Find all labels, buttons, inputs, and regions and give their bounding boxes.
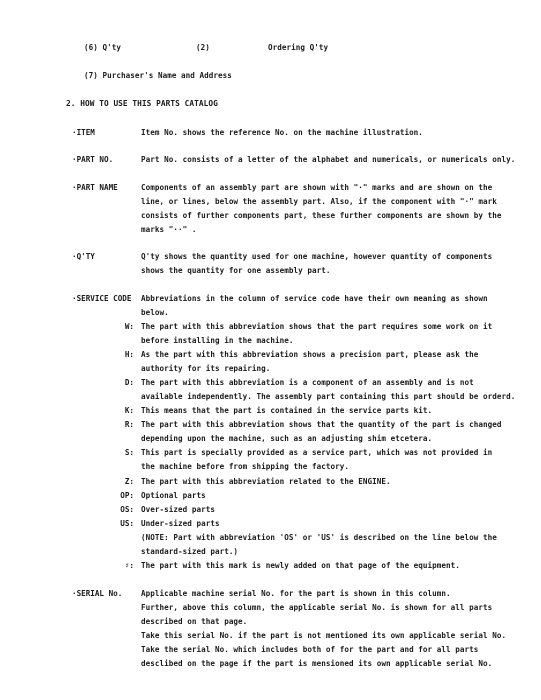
serial-no-desc-line: described on that page. [141,617,247,627]
service-code-us-desc: Under-sized parts [141,519,220,529]
service-code-w-desc: The part with this abbreviation shows th… [141,322,492,332]
serial-no-desc-line: desclibed on the page if the part is men… [141,659,492,669]
service-code-k-desc: This means that the part is contained in… [141,406,432,416]
order-item-6-label: (6) Q'ty [84,43,121,53]
service-code-r: R: [100,420,134,430]
service-code-us-note: standard-sized part.) [141,547,238,557]
catalog-page: (6) Q'ty (2) Ordering Q'ty (7) Purchaser… [0,0,541,700]
order-item-7-label: (7) Purchaser's Name and Address [84,71,232,81]
service-code-op: OP: [100,491,134,501]
service-code-z: Z: [100,477,134,487]
service-code-s-desc: the machine before from shipping the fac… [141,462,349,472]
order-item-6-desc: Ordering Q'ty [268,43,328,53]
serial-no-desc-line: Further, above this column, the applicab… [141,603,492,613]
qty-desc-line: Q'ty shows the quantity used for one mac… [141,252,492,262]
part-no-desc-line: Part No. consists of a letter of the alp… [141,155,515,165]
service-code-h-desc: authority for its repairing. [141,364,270,374]
term-part-name: ·PART NAME [72,183,118,193]
term-item: ·ITEM [72,128,95,138]
service-code-k: K: [100,406,134,416]
service-code-new-mark-desc: The part with this mark is newly added o… [141,561,460,571]
service-code-os: OS: [100,505,134,515]
service-code-d-desc: The part with this abbreviation is a com… [141,378,474,388]
service-code-desc-line: below. [141,308,169,318]
service-code-h-desc: As the part with this abbreviation shows… [141,350,478,360]
part-name-desc-line: consists of further components part, the… [141,211,502,221]
serial-no-desc-line: Take the serial No. which includes both … [141,645,478,655]
service-code-us-note: (NOTE: Part with abbreviation 'OS' or 'U… [141,533,497,543]
part-name-desc-line: Components of an assembly part are shown… [141,183,492,193]
serial-no-desc-line: Take this serial No. if the part is not … [141,631,506,641]
service-code-s-desc: This part is specially provided as a ser… [141,448,492,458]
term-part-no: ·PART NO. [72,155,113,165]
part-name-desc-line: marks "··" . [141,225,196,235]
service-code-r-desc: depending upon the machine, such as an a… [141,434,432,444]
service-code-us: US: [100,519,134,529]
item-desc-line: Item No. shows the reference No. on the … [141,128,423,138]
serial-no-desc-line: Applicable machine serial No. for the pa… [141,589,451,599]
service-code-os-desc: Over-sized parts [141,505,215,515]
part-name-desc-line: line, or lines, below the assembly part.… [141,197,497,207]
service-code-r-desc: The part with this abbreviation shows th… [141,420,502,430]
service-code-desc-line: Abbreviations in the column of service c… [141,294,488,304]
section-heading: 2. HOW TO USE THIS PARTS CATALOG [66,99,218,109]
qty-desc-line: shows the quantity for one assembly part… [141,266,331,276]
term-qty: ·Q'TY [72,252,95,262]
service-code-w-desc: before installing in the machine. [141,336,294,346]
service-code-w: W: [100,322,134,332]
service-code-s: S: [100,448,134,458]
service-code-new-mark: ♯: [100,561,134,571]
service-code-op-desc: Optional parts [141,491,206,501]
term-service-code: ·SERVICE CODE [72,294,131,304]
term-serial-no: ·SERIAL No. [72,589,122,599]
service-code-d: D: [100,378,134,388]
service-code-h: H: [100,350,134,360]
service-code-d-desc: available independently. The assembly pa… [141,392,515,402]
order-item-6-value: (2) [196,43,210,53]
service-code-z-desc: The part with this abbreviation related … [141,477,391,487]
